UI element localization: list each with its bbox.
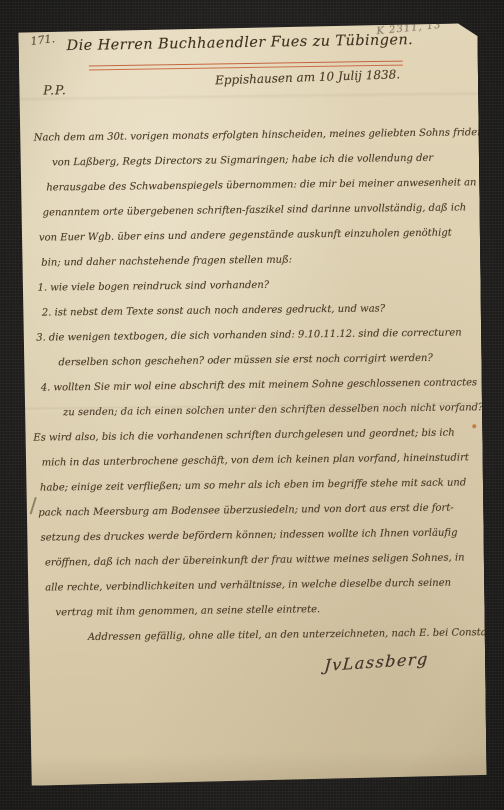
manuscript-line: von Euer Wgb. über eins und andere gegen… <box>39 220 473 250</box>
signature: JvLassberg <box>324 649 430 675</box>
photo-background: 171. K 2311, 13 Die Herren Buchhaendler … <box>0 0 504 810</box>
letter-heading: Die Herren Buchhaendler Fues zu Tübingen… <box>66 32 402 54</box>
letter-page: 171. K 2311, 13 Die Herren Buchhaendler … <box>18 23 486 786</box>
letter-body: Nach dem am 30t. vorigen monats erfolgte… <box>34 120 478 625</box>
closing-address-line: Addressen gefällig, ohne alle titel, an … <box>88 627 499 643</box>
ink-stain-dot <box>472 424 476 428</box>
manuscript-line: vertrag mit ihm genommen, an seine stell… <box>55 595 477 625</box>
dateline: Eppishausen am 10 Julij 1838. <box>215 67 400 87</box>
folio-number: 171. <box>30 32 56 48</box>
salutation: P.P. <box>43 82 67 97</box>
margin-pen-stroke <box>30 497 37 515</box>
manuscript-line: alle rechte, verbindlichkeiten und verhä… <box>45 570 477 600</box>
